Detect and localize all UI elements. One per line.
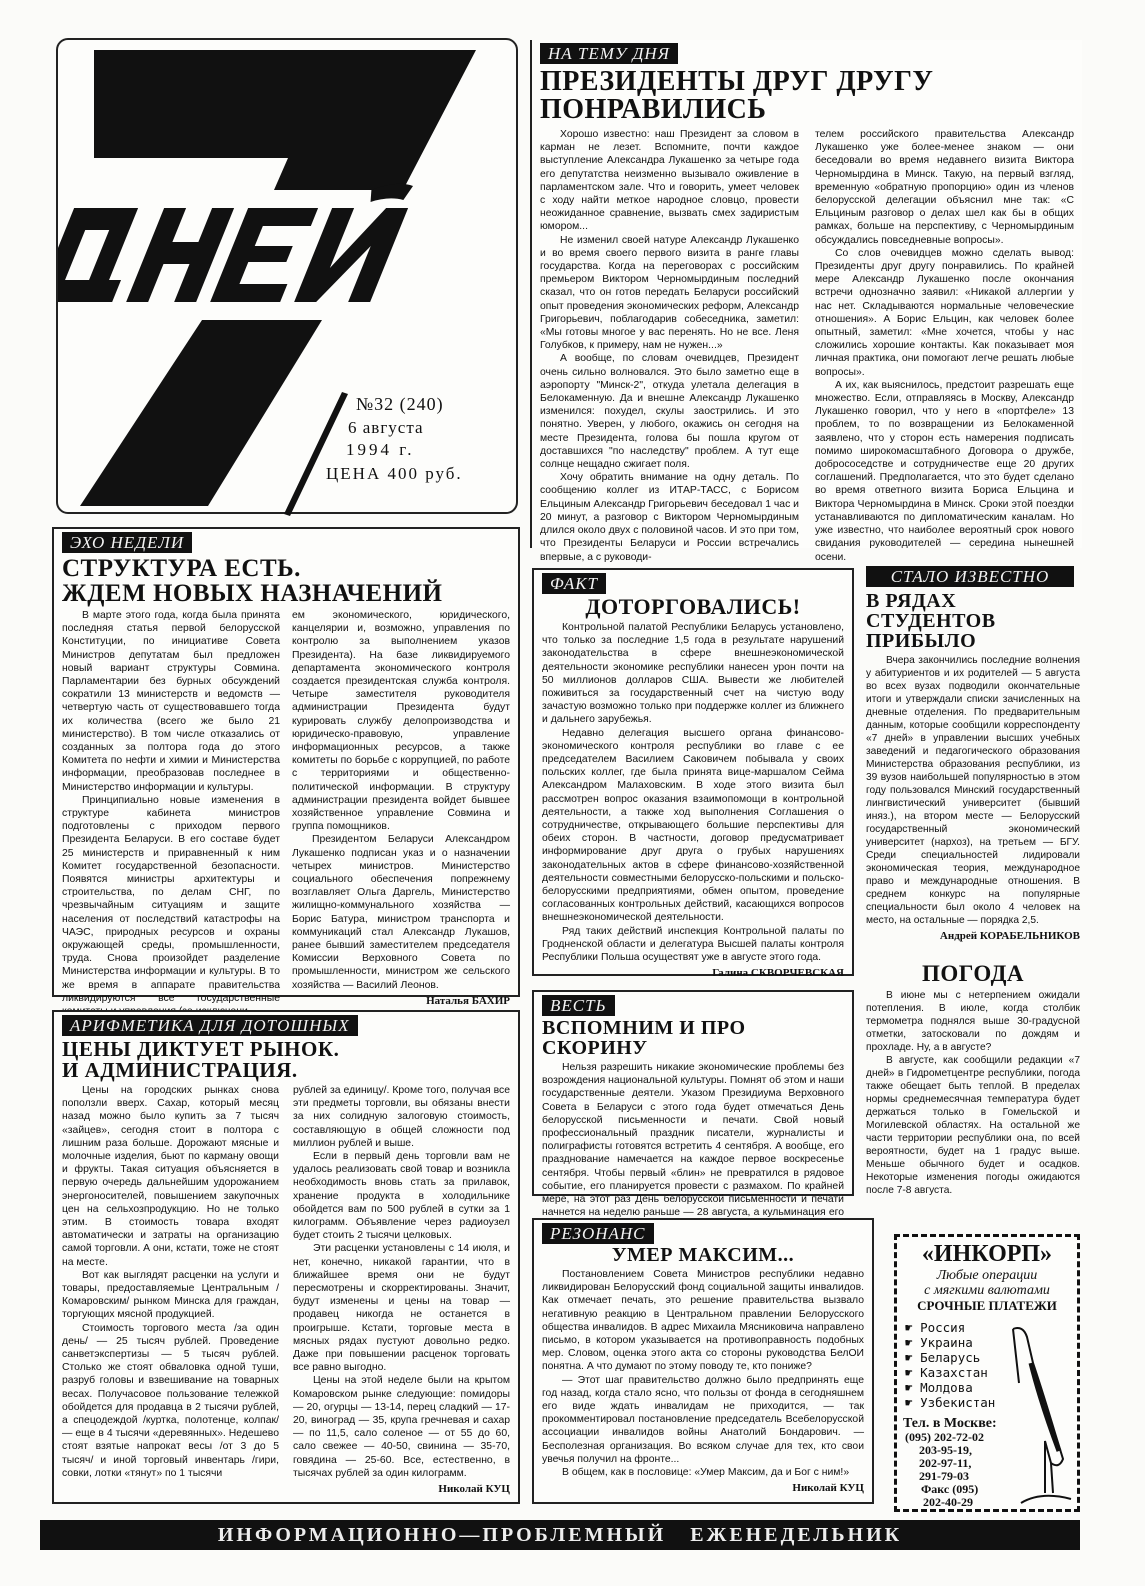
pointing-hand-icon: ☛ (905, 1395, 913, 1410)
headline: ДОТОРГОВАЛИСЬ! (542, 596, 844, 618)
stork-icon (1001, 1323, 1077, 1507)
article-column: Цены на городских рынках снова поползли … (62, 1084, 279, 1496)
issue-number: №32 (240) (356, 394, 444, 414)
article-body: В июне мы с нетерпением ожидали потеплен… (866, 989, 1080, 1197)
paragraph: телем российского правительства Александ… (815, 128, 1074, 247)
article-maxim: РЕЗОНАНС УМЕР МАКСИМ... Постановлением С… (532, 1218, 874, 1504)
article-weather: ПОГОДА В июне мы с нетерпением ожидали п… (866, 962, 1080, 1212)
article-presidents: НА ТЕМУ ДНЯ ПРЕЗИДЕНТЫ ДРУГ ДРУГУ ПОНРАВ… (530, 40, 1082, 548)
headline: ПРИБЫЛО (866, 631, 1080, 651)
rubric-label: ВЕСТЬ (542, 995, 615, 1016)
headline: ВСПОМНИМ И ПРО СКОРИНУ (542, 1018, 844, 1058)
article-body: Контрольной палатой Республики Беларусь … (542, 621, 844, 964)
paragraph: Хочу обратить внимание на одну деталь. П… (540, 471, 799, 563)
paragraph: А их, как выяснилось, предстоит разрешат… (815, 379, 1074, 564)
article-column: телем российского правительства Александ… (815, 128, 1074, 580)
headline: ПРЕЗИДЕНТЫ ДРУГ ДРУГУ (540, 68, 1074, 96)
paragraph: Цены на этой неделе были на крытом Комар… (293, 1374, 510, 1480)
rubric-label: АРИФМЕТИКА ДЛЯ ДОТОШНЫХ (62, 1015, 358, 1036)
pointing-hand-icon: ☛ (905, 1320, 913, 1335)
pointing-hand-icon: ☛ (905, 1365, 913, 1380)
paragraph: В августе, как сообщили редакции «7 дней… (866, 1054, 1080, 1197)
paragraph: — Этот шаг правительство должно было пре… (542, 1374, 864, 1466)
masthead: №32 (240) 6 августа 1994 г. ЦЕНА 400 руб… (56, 38, 518, 514)
author-signature: Николай КУЦ (542, 1482, 864, 1494)
author-signature: Андрей КОРАБЕЛЬНИКОВ (866, 930, 1080, 942)
article-column: В марте этого года, когда была принята п… (62, 609, 280, 1018)
ad-slogan: Любые операции (897, 1268, 1077, 1283)
paragraph: Не изменил своей натуре Александр Лукаше… (540, 234, 799, 353)
rubric-label: РЕЗОНАНС (542, 1223, 654, 1244)
ad-slogan: с мягкими валютами (897, 1283, 1077, 1298)
paragraph: В марте этого года, когда была принята п… (62, 609, 280, 794)
author-signature: Галина СКВОРЧЕВСКАЯ (542, 967, 844, 979)
advertisement-inkorp: «ИНКОРП» Любые операции с мягкими валюта… (894, 1234, 1080, 1512)
paragraph: ем экономического, юридического, канцеля… (292, 609, 510, 833)
paragraph: Хорошо известно: наш Президент за словом… (540, 128, 799, 234)
issue-year: 1994 г. (346, 440, 415, 460)
article-column: рублей за единицу/. Кроме того, получая … (293, 1084, 510, 1496)
pointing-hand-icon: ☛ (905, 1380, 913, 1395)
rubric-label: НА ТЕМУ ДНЯ (540, 43, 678, 64)
article-column: Хорошо известно: наш Президент за словом… (540, 128, 799, 580)
headline: СТУДЕНТОВ (866, 611, 1080, 631)
issue-price: ЦЕНА 400 руб. (326, 464, 463, 484)
paragraph: Со слов очевидцев можно сделать вывод: П… (815, 247, 1074, 379)
paragraph: Вот как выглядят расценки на услуги и то… (62, 1269, 279, 1322)
footer-tagline: ИНФОРМАЦИОННО—ПРОБЛЕМНЫЙ ЕЖЕНЕДЕЛЬНИК (40, 1520, 1080, 1550)
paragraph: Ряд таких действий инспекция Контрольной… (542, 925, 844, 965)
headline: УМЕР МАКСИМ... (542, 1245, 864, 1265)
author-signature: Николай КУЦ (293, 1483, 510, 1496)
paragraph: Если в первый день торговли вам не удало… (293, 1150, 510, 1242)
article-skorina: ВЕСТЬ ВСПОМНИМ И ПРО СКОРИНУ Нельзя разр… (532, 990, 854, 1196)
article-body: Вчера закончились последние волнения у а… (866, 654, 1080, 927)
author-signature: Наталья БАХИР (292, 995, 510, 1008)
article-prices: АРИФМЕТИКА ДЛЯ ДОТОШНЫХ ЦЕНЫ ДИКТУЕТ РЫН… (52, 1010, 520, 1504)
headline: ЦЕНЫ ДИКТУЕТ РЫНОК. (62, 1039, 510, 1060)
paragraph: Недавно делегация высшего органа финансо… (542, 727, 844, 925)
article-students: СТАЛО ИЗВЕСТНО В РЯДАХ СТУДЕНТОВ ПРИБЫЛО… (866, 566, 1080, 952)
paragraph: А вообще, по словам очевидцев, Президент… (540, 352, 799, 471)
paragraph: В общем, как в пословице: «Умер Максим, … (542, 1466, 864, 1479)
issue-date: 6 августа (348, 418, 424, 438)
ad-company: «ИНКОРП» (897, 1241, 1077, 1268)
rubric-label: ЭХО НЕДЕЛИ (62, 532, 192, 553)
paragraph: Контрольной палатой Республики Беларусь … (542, 621, 844, 727)
article-fact: ФАКТ ДОТОРГОВАЛИСЬ! Контрольной палатой … (532, 568, 854, 976)
headline: ПОГОДА (866, 962, 1080, 985)
ad-service: СРОЧНЫЕ ПЛАТЕЖИ (897, 1298, 1077, 1314)
article-body: Постановлением Совета Министров республи… (542, 1268, 864, 1479)
paragraph: Нельзя разрешить никакие экономические п… (542, 1061, 844, 1233)
article-structure: ЭХО НЕДЕЛИ СТРУКТУРА ЕСТЬ. ЖДЕМ НОВЫХ НА… (52, 527, 520, 997)
headline: СТРУКТУРА ЕСТЬ. (62, 556, 510, 581)
paragraph: Стоимость торгового места /за один день/… (62, 1322, 279, 1480)
headline: В РЯДАХ (866, 591, 1080, 611)
seven-days-logo (58, 40, 520, 516)
paragraph: Вчера закончились последние волнения у а… (866, 654, 1080, 927)
headline: ПОНРАВИЛИСЬ (540, 96, 1074, 124)
headline: И АДМИНИСТРАЦИЯ. (62, 1060, 510, 1081)
pointing-hand-icon: ☛ (905, 1335, 913, 1350)
article-body: Нельзя разрешить никакие экономические п… (542, 1061, 844, 1233)
pointing-hand-icon: ☛ (905, 1350, 913, 1365)
paragraph: Эти расценки установлены с 14 июля, и не… (293, 1242, 510, 1374)
paragraph: В июне мы с нетерпением ожидали потеплен… (866, 989, 1080, 1054)
rubric-label: ФАКТ (542, 573, 606, 594)
article-column: ем экономического, юридического, канцеля… (292, 609, 510, 1018)
paragraph: Принципиально новые изменения в структур… (62, 794, 280, 1018)
headline: ЖДЕМ НОВЫХ НАЗНАЧЕНИЙ (62, 581, 510, 606)
paragraph: Постановлением Совета Министров республи… (542, 1268, 864, 1374)
paragraph: Президентом Беларуси Александром Лукашен… (292, 833, 510, 991)
paragraph: рублей за единицу/. Кроме того, получая … (293, 1084, 510, 1150)
paragraph: Цены на городских рынках снова поползли … (62, 1084, 279, 1269)
rubric-label: СТАЛО ИЗВЕСТНО (866, 566, 1074, 587)
